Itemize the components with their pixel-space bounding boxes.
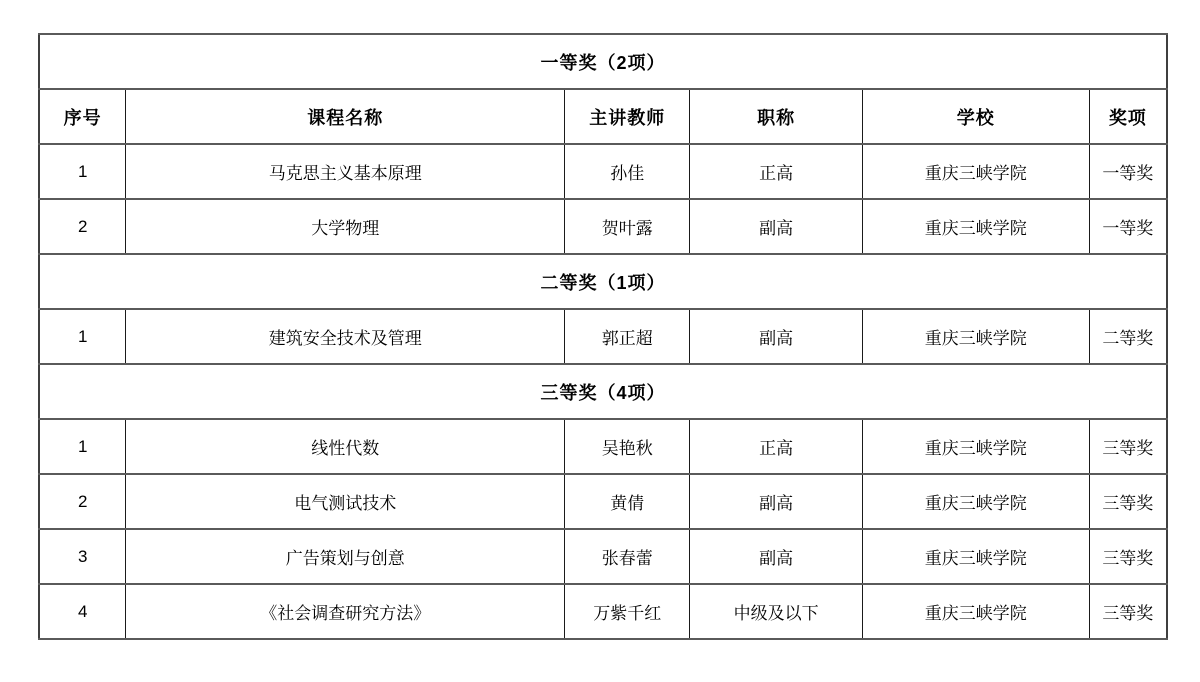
cell-index: 1	[39, 419, 126, 474]
column-header-lecturer: 主讲教师	[565, 89, 690, 144]
cell-award: 二等奖	[1089, 309, 1167, 364]
cell-course-name: 《社会调查研究方法》	[126, 584, 565, 639]
section-title: 三等奖（4项）	[39, 364, 1167, 419]
section-row: 二等奖（1项）	[39, 254, 1167, 309]
column-header-school: 学校	[862, 89, 1089, 144]
cell-lecturer: 万紫千红	[565, 584, 690, 639]
table-row: 2电气测试技术黄倩副高重庆三峡学院三等奖	[39, 474, 1167, 529]
cell-title: 副高	[690, 474, 863, 529]
section-title: 二等奖（1项）	[39, 254, 1167, 309]
cell-lecturer: 贺叶露	[565, 199, 690, 254]
column-header-award: 奖项	[1089, 89, 1167, 144]
cell-lecturer: 孙佳	[565, 144, 690, 199]
cell-title: 副高	[690, 199, 863, 254]
cell-index: 1	[39, 144, 126, 199]
cell-course-name: 马克思主义基本原理	[126, 144, 565, 199]
cell-lecturer: 郭正超	[565, 309, 690, 364]
cell-lecturer: 张春蕾	[565, 529, 690, 584]
cell-lecturer: 吴艳秋	[565, 419, 690, 474]
cell-title: 副高	[690, 529, 863, 584]
cell-school: 重庆三峡学院	[862, 419, 1089, 474]
cell-title: 副高	[690, 309, 863, 364]
cell-course-name: 大学物理	[126, 199, 565, 254]
column-header-index: 序号	[39, 89, 126, 144]
table-row: 4《社会调查研究方法》万紫千红中级及以下重庆三峡学院三等奖	[39, 584, 1167, 639]
cell-award: 三等奖	[1089, 529, 1167, 584]
cell-award: 一等奖	[1089, 144, 1167, 199]
cell-index: 2	[39, 474, 126, 529]
table-row: 2大学物理贺叶露副高重庆三峡学院一等奖	[39, 199, 1167, 254]
cell-award: 三等奖	[1089, 474, 1167, 529]
cell-index: 1	[39, 309, 126, 364]
table-row: 1线性代数吴艳秋正高重庆三峡学院三等奖	[39, 419, 1167, 474]
section-title: 一等奖（2项）	[39, 34, 1167, 89]
cell-school: 重庆三峡学院	[862, 474, 1089, 529]
cell-award: 三等奖	[1089, 419, 1167, 474]
cell-lecturer: 黄倩	[565, 474, 690, 529]
cell-school: 重庆三峡学院	[862, 199, 1089, 254]
column-header-row: 序号课程名称主讲教师职称学校奖项	[39, 89, 1167, 144]
table-row: 1马克思主义基本原理孙佳正高重庆三峡学院一等奖	[39, 144, 1167, 199]
cell-title: 正高	[690, 144, 863, 199]
column-header-course-name: 课程名称	[126, 89, 565, 144]
cell-course-name: 电气测试技术	[126, 474, 565, 529]
cell-school: 重庆三峡学院	[862, 529, 1089, 584]
cell-award: 一等奖	[1089, 199, 1167, 254]
cell-index: 3	[39, 529, 126, 584]
awards-table-body: 一等奖（2项）序号课程名称主讲教师职称学校奖项1马克思主义基本原理孙佳正高重庆三…	[39, 34, 1167, 639]
section-row: 一等奖（2项）	[39, 34, 1167, 89]
section-row: 三等奖（4项）	[39, 364, 1167, 419]
cell-course-name: 广告策划与创意	[126, 529, 565, 584]
cell-index: 2	[39, 199, 126, 254]
cell-award: 三等奖	[1089, 584, 1167, 639]
document-page: 一等奖（2项）序号课程名称主讲教师职称学校奖项1马克思主义基本原理孙佳正高重庆三…	[0, 0, 1200, 682]
cell-course-name: 建筑安全技术及管理	[126, 309, 565, 364]
cell-course-name: 线性代数	[126, 419, 565, 474]
table-row: 1建筑安全技术及管理郭正超副高重庆三峡学院二等奖	[39, 309, 1167, 364]
awards-table: 一等奖（2项）序号课程名称主讲教师职称学校奖项1马克思主义基本原理孙佳正高重庆三…	[38, 33, 1168, 640]
cell-title: 正高	[690, 419, 863, 474]
cell-title: 中级及以下	[690, 584, 863, 639]
column-header-title: 职称	[690, 89, 863, 144]
cell-school: 重庆三峡学院	[862, 309, 1089, 364]
cell-school: 重庆三峡学院	[862, 584, 1089, 639]
table-row: 3广告策划与创意张春蕾副高重庆三峡学院三等奖	[39, 529, 1167, 584]
cell-index: 4	[39, 584, 126, 639]
cell-school: 重庆三峡学院	[862, 144, 1089, 199]
